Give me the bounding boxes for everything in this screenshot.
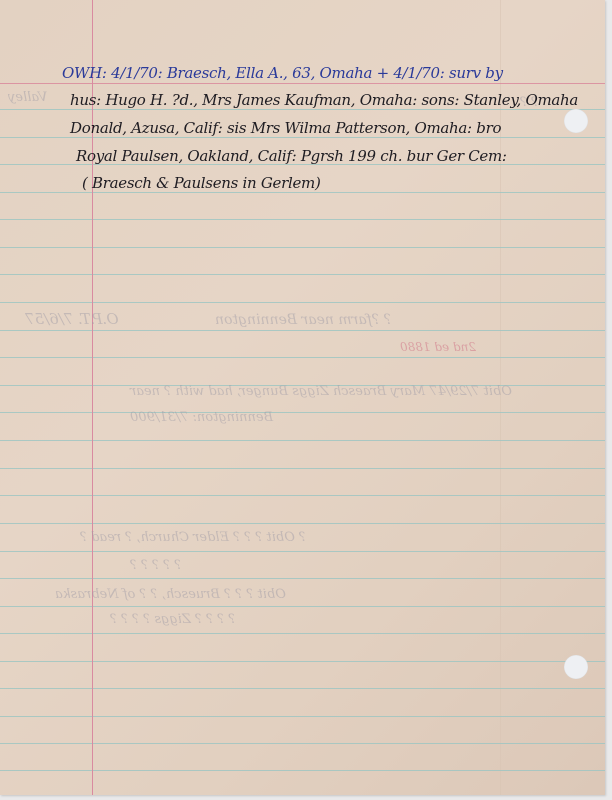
ruled-line xyxy=(0,219,605,220)
bleed-through-text: Obit ? ? ? Bruesch, ? ? of Nebraska xyxy=(55,587,286,602)
header-rule xyxy=(0,83,605,84)
ruled-line xyxy=(0,137,605,138)
bleed-through-text: 2nd ed 1880 xyxy=(400,340,476,354)
ruled-line xyxy=(0,743,605,744)
bleed-through-text: Obit 7/29/47 Mary Braesch Ziggs Bunger, … xyxy=(130,384,512,399)
ruled-line xyxy=(0,302,605,303)
bleed-through-text: ? ?farm near Bennington xyxy=(215,312,391,328)
ruled-line xyxy=(0,330,605,331)
entry-line: hus: Hugo H. ?d., Mrs James Kaufman, Oma… xyxy=(70,91,578,109)
ruled-line xyxy=(0,606,605,607)
ruled-line xyxy=(0,770,605,771)
bleed-through-text: Valley xyxy=(8,90,47,105)
ruled-line xyxy=(0,523,605,524)
ruled-line xyxy=(0,440,605,441)
ruled-line xyxy=(0,109,605,110)
ruled-line xyxy=(0,192,605,193)
ruled-line xyxy=(0,716,605,717)
bleed-through-text: O.P.T. 7/6/57 xyxy=(25,310,119,328)
notebook-page: Valley ? ? O.P.T. 7/6/57 ? ?farm near Be… xyxy=(0,0,605,795)
bleed-through-text: ? ? ? ? Ziggs ? ? ? ? xyxy=(110,612,235,627)
ruled-line xyxy=(0,578,605,579)
entry-header-line: OWH: 4/1/70: Braesch, Ella A., 63, Omaha… xyxy=(62,64,503,82)
bleed-through-text: ? Obit ? ? ? Elder Church, ? read ? xyxy=(80,530,306,545)
bleed-through-text: Bennington: 7/31/900 xyxy=(130,410,273,425)
ruled-line xyxy=(0,468,605,469)
ruled-line xyxy=(0,688,605,689)
ruled-line xyxy=(0,633,605,634)
entry-line: ( Braesch & Paulsens in Gerlem) xyxy=(82,174,321,192)
entry-line: Donald, Azusa, Calif: sis Mrs Wilma Patt… xyxy=(70,119,501,137)
ruled-line xyxy=(0,357,605,358)
ruled-line xyxy=(0,412,605,413)
punch-hole xyxy=(564,109,588,133)
ruled-line xyxy=(0,661,605,662)
ruled-line xyxy=(0,495,605,496)
punch-hole xyxy=(564,655,588,679)
entry-line: Royal Paulsen, Oakland, Calif: Pgrsh 199… xyxy=(76,147,507,165)
ruled-line xyxy=(0,551,605,552)
ruled-line xyxy=(0,274,605,275)
ruled-line xyxy=(0,247,605,248)
bleed-through-text: ? ? ? ? ? xyxy=(130,558,181,573)
